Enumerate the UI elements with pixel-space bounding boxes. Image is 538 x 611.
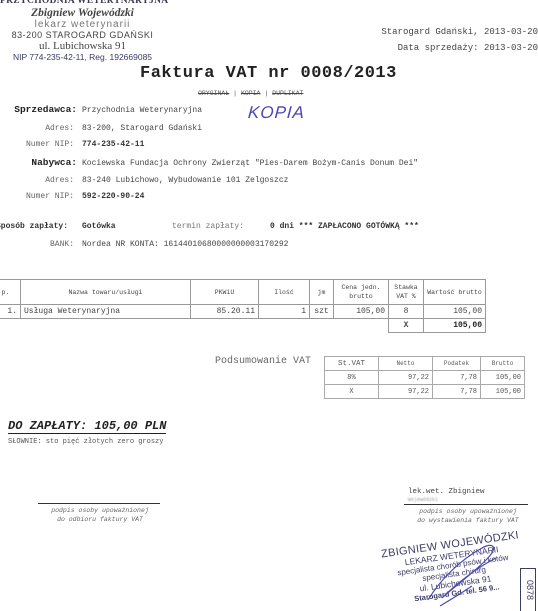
seller-nip: 774-235-42-11 [82, 140, 144, 149]
receiver-caption-line1: podpis osoby upoważnionej [30, 506, 170, 515]
col-header-lp: L.p. [0, 280, 21, 305]
col-header-qty: Ilość [259, 280, 310, 305]
vat-col-tax: Podatek [433, 357, 481, 371]
col-header-pkwiu: PKWiU [191, 280, 259, 305]
col-header-vat-rate: Stawka VAT % [389, 280, 424, 305]
copy-type-original: ORYGINAŁ [198, 90, 229, 97]
copy-type-selector: ORYGINAŁ | KOPIA | DUPLIKAT [198, 90, 303, 97]
issuer-caption-line2: do wystawienia faktury VAT [398, 516, 538, 525]
payment-term: 0 dni *** ZAPŁACONO GOTÓWKĄ *** [270, 222, 419, 231]
vat-rate: X [325, 385, 379, 399]
receiver-signature-caption: podpis osoby upoważnionej do odbioru fak… [30, 506, 170, 524]
total-row: X 105,00 [0, 319, 486, 333]
receiver-caption-line2: do odbioru faktury VAT [30, 515, 170, 524]
bank-label: BANK: [0, 240, 74, 249]
issuer-surname: Wojewódzki [408, 497, 438, 503]
seller-label: Sprzedawca: [0, 104, 77, 115]
vat-summary-table: St.VAT Netto Podatek Brutto 8% 97,22 7,7… [324, 356, 525, 399]
col-header-gross-value: Wartość brutto [424, 280, 486, 305]
buyer-name: Kociewska Fundacja Ochrony Zwierząt "Pie… [82, 159, 418, 168]
buyer-label: Nabywca: [0, 157, 77, 168]
cell-unit-price: 105,00 [334, 305, 389, 319]
cell-vat-rate: 8 [389, 305, 424, 319]
buyer-address-label: Adres: [0, 176, 74, 185]
vat-col-rate: St.VAT [325, 357, 379, 371]
payment-method: Gotówka [82, 222, 116, 231]
col-header-unit: jm [310, 280, 334, 305]
copy-type-copy: KOPIA [241, 90, 261, 97]
buyer-nip-label: Numer NIP: [0, 192, 74, 201]
vat-gross: 105,00 [481, 385, 525, 399]
bank-account: Nordea NR KONTA: 16144010680000000003170… [82, 240, 288, 249]
vat-rate: 8% [325, 371, 379, 385]
vat-net: 97,22 [379, 385, 433, 399]
stamp-city: 83-200 STAROGARD GDAŃSKI [0, 30, 165, 40]
copy-type-duplicate: DUPLIKAT [272, 90, 303, 97]
cell-gross-value: 105,00 [424, 305, 486, 319]
vat-col-net: Netto [379, 357, 433, 371]
issuer-caption-line1: podpis osoby upoważnionej [398, 507, 538, 516]
issuer-name: lek.wet. Zbigniew [408, 488, 485, 496]
seller-address: 83-200, Starogard Gdański [82, 124, 202, 133]
stamp-owner-name: Zbigniew Wojewódzki [0, 7, 165, 19]
cell-name: Usługa Weterynaryjna [21, 305, 191, 319]
receiver-signature-line [38, 503, 160, 504]
seller-name: Przychodnia Weterynaryjna [82, 106, 202, 115]
total-value: 105,00 [424, 319, 486, 333]
issuer-signature-line [404, 504, 528, 505]
table-row: 1. Usługa Weterynaryjna 85.20.11 1 szt 1… [0, 305, 486, 319]
amount-due: DO ZAPŁATY: 105,00 PLN [8, 419, 166, 434]
vat-header-row: St.VAT Netto Podatek Brutto [325, 357, 525, 371]
items-table: L.p. Nazwa towaru/usługi PKWiU Ilość jm … [0, 279, 486, 333]
copy-separator: | [233, 90, 237, 97]
stamp-profession: lekarz weterynarii [0, 19, 165, 30]
stamp-nip-reg: NIP 774-235-42-11, Reg. 192669085 [0, 52, 165, 62]
col-header-name: Nazwa towaru/usługi [21, 280, 191, 305]
payment-term-label: termin zapłaty: [172, 222, 244, 231]
handwritten-signature [420, 540, 510, 611]
total-rate: X [389, 319, 424, 333]
vat-tax: 7,78 [433, 371, 481, 385]
seller-stamp: PRZYCHODNIA WETERYNARYJNA Zbigniew Wojew… [0, 0, 165, 62]
col-header-unit-price: Cena jedn. brutto [334, 280, 389, 305]
handwritten-copy-mark: KOPIA [247, 103, 305, 123]
sale-date: Data sprzedaży: 2013-03-20 [398, 43, 538, 53]
cell-pkwiu: 85.20.11 [191, 305, 259, 319]
seller-address-label: Adres: [0, 124, 74, 133]
cell-lp: 1. [0, 305, 21, 319]
amount-in-words: SŁOWNIE: sto pięć złotych zero groszy [8, 438, 163, 446]
copy-separator: | [264, 90, 268, 97]
vat-col-gross: Brutto [481, 357, 525, 371]
buyer-address: 83-240 Lubichowo, Wybudowanie 101 Zelgos… [82, 176, 288, 185]
place-and-date: Starogard Gdański, 2013-03-20 [381, 27, 538, 37]
seller-nip-label: Numer NIP: [0, 140, 74, 149]
stamp-street: ul. Lubichowska 91 [0, 40, 165, 52]
issuer-signature-caption: podpis osoby upoważnionej do wystawienia… [398, 507, 538, 525]
invoice-title: Faktura VAT nr 0008/2013 [140, 64, 397, 83]
vat-gross: 105,00 [481, 371, 525, 385]
vat-net: 97,22 [379, 371, 433, 385]
items-header-row: L.p. Nazwa towaru/usługi PKWiU Ilość jm … [0, 280, 486, 305]
vat-tax: 7,78 [433, 385, 481, 399]
vat-summary-label: Podsumowanie VAT [215, 356, 311, 367]
buyer-nip: 592-220-90-24 [82, 192, 144, 201]
doctor-reg-number: 0878 [520, 568, 536, 611]
stamp-clinic-name: PRZYCHODNIA WETERYNARYJNA [0, 0, 165, 6]
cell-qty: 1 [259, 305, 310, 319]
table-row: X 97,22 7,78 105,00 [325, 385, 525, 399]
cell-unit: szt [310, 305, 334, 319]
table-row: 8% 97,22 7,78 105,00 [325, 371, 525, 385]
payment-method-label: Sposób zapłaty: [0, 222, 68, 231]
